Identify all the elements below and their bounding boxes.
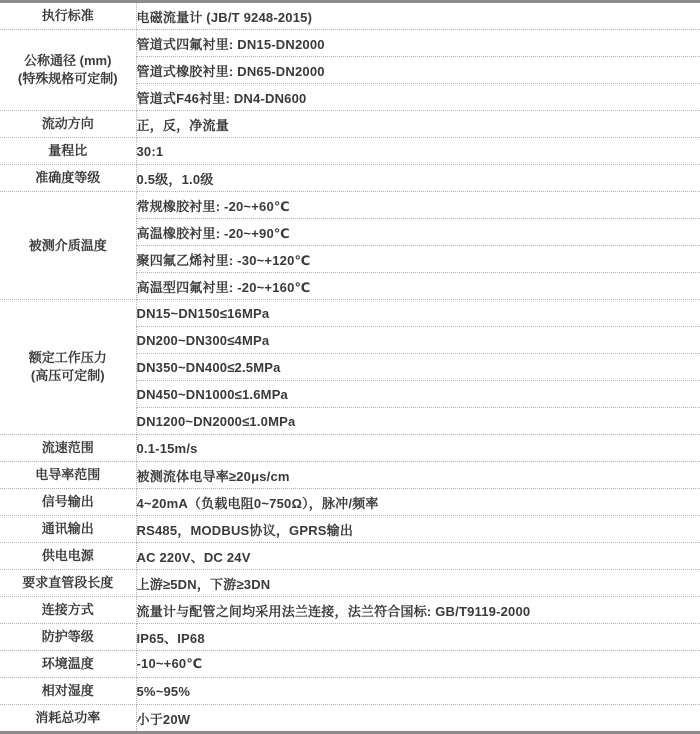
spec-row-value: 30:1 bbox=[136, 138, 700, 165]
table-row: 连接方式 流量计与配管之间均采用法兰连接，法兰符合国标: GB/T9119-20… bbox=[0, 597, 700, 624]
spec-row-label: 流动方向 bbox=[0, 111, 136, 138]
table-row: 额定工作压力 (高压可定制) DN15~DN150≤16MPa bbox=[0, 300, 700, 327]
spec-row-value: DN1200~DN2000≤1.0MPa bbox=[136, 408, 700, 435]
spec-row-value: DN450~DN1000≤1.6MPa bbox=[136, 381, 700, 408]
spec-row-label: 公称通径 (mm) (特殊规格可定制) bbox=[0, 30, 136, 111]
spec-row-value: DN15~DN150≤16MPa bbox=[136, 300, 700, 327]
spec-row-label: 准确度等级 bbox=[0, 165, 136, 192]
spec-row-value: 高温型四氟衬里: -20~+160℃ bbox=[136, 273, 700, 300]
spec-row-value: 流量计与配管之间均采用法兰连接，法兰符合国标: GB/T9119-2000 bbox=[136, 597, 700, 624]
table-row: 流速范围 0.1-15m/s bbox=[0, 435, 700, 462]
spec-row-value: 常规橡胶衬里: -20~+60℃ bbox=[136, 192, 700, 219]
spec-row-label: 流速范围 bbox=[0, 435, 136, 462]
spec-row-value: DN350~DN400≤2.5MPa bbox=[136, 354, 700, 381]
spec-row-label: 防护等级 bbox=[0, 624, 136, 651]
table-row: 流动方向 正，反，净流量 bbox=[0, 111, 700, 138]
spec-row-label: 执行标准 bbox=[0, 2, 136, 30]
table-row: 消耗总功率 小于20W bbox=[0, 705, 700, 733]
table-row: 执行标准 电磁流量计 (JB/T 9248-2015) bbox=[0, 2, 700, 30]
table-row: 电导率范围 被测流体电导率≥20μs/cm bbox=[0, 462, 700, 489]
spec-row-value: 0.5级，1.0级 bbox=[136, 165, 700, 192]
table-row: 被测介质温度 常规橡胶衬里: -20~+60℃ bbox=[0, 192, 700, 219]
spec-row-value: 聚四氟乙烯衬里: -30~+120℃ bbox=[136, 246, 700, 273]
table-row: 信号输出 4~20mA（负载电阻0~750Ω），脉冲/频率 bbox=[0, 489, 700, 516]
spec-table: 执行标准 电磁流量计 (JB/T 9248-2015) 公称通径 (mm) (特… bbox=[0, 0, 700, 734]
spec-row-value: 0.1-15m/s bbox=[136, 435, 700, 462]
table-row: 公称通径 (mm) (特殊规格可定制) 管道式四氟衬里: DN15-DN2000 bbox=[0, 30, 700, 57]
spec-row-value: 管道式橡胶衬里: DN65-DN2000 bbox=[136, 57, 700, 84]
spec-row-label: 连接方式 bbox=[0, 597, 136, 624]
spec-row-label: 信号输出 bbox=[0, 489, 136, 516]
spec-row-value: 正，反，净流量 bbox=[136, 111, 700, 138]
spec-row-value: 5%~95% bbox=[136, 678, 700, 705]
spec-row-label: 通讯输出 bbox=[0, 516, 136, 543]
spec-row-label: 量程比 bbox=[0, 138, 136, 165]
spec-row-label: 消耗总功率 bbox=[0, 705, 136, 733]
table-row: 要求直管段长度 上游≥5DN，下游≥3DN bbox=[0, 570, 700, 597]
spec-row-value: IP65、IP68 bbox=[136, 624, 700, 651]
spec-row-value: DN200~DN300≤4MPa bbox=[136, 327, 700, 354]
spec-row-value: 管道式F46衬里: DN4-DN600 bbox=[136, 84, 700, 111]
spec-row-value: 被测流体电导率≥20μs/cm bbox=[136, 462, 700, 489]
spec-row-label: 电导率范围 bbox=[0, 462, 136, 489]
spec-row-label: 额定工作压力 (高压可定制) bbox=[0, 300, 136, 435]
spec-row-value: AC 220V、DC 24V bbox=[136, 543, 700, 570]
spec-row-value: -10~+60℃ bbox=[136, 651, 700, 678]
table-row: 防护等级 IP65、IP68 bbox=[0, 624, 700, 651]
spec-row-label: 环境温度 bbox=[0, 651, 136, 678]
table-row: 相对湿度 5%~95% bbox=[0, 678, 700, 705]
spec-sheet: 执行标准 电磁流量计 (JB/T 9248-2015) 公称通径 (mm) (特… bbox=[0, 0, 700, 734]
spec-row-label: 供电电源 bbox=[0, 543, 136, 570]
spec-row-value: RS485，MODBUS协议，GPRS输出 bbox=[136, 516, 700, 543]
spec-row-value: 小于20W bbox=[136, 705, 700, 733]
spec-row-value: 电磁流量计 (JB/T 9248-2015) bbox=[136, 2, 700, 30]
spec-row-label: 被测介质温度 bbox=[0, 192, 136, 300]
spec-row-value: 管道式四氟衬里: DN15-DN2000 bbox=[136, 30, 700, 57]
table-row: 量程比 30:1 bbox=[0, 138, 700, 165]
table-row: 通讯输出 RS485，MODBUS协议，GPRS输出 bbox=[0, 516, 700, 543]
table-row: 环境温度 -10~+60℃ bbox=[0, 651, 700, 678]
spec-row-value: 上游≥5DN，下游≥3DN bbox=[136, 570, 700, 597]
spec-row-value: 4~20mA（负载电阻0~750Ω），脉冲/频率 bbox=[136, 489, 700, 516]
spec-row-label: 相对湿度 bbox=[0, 678, 136, 705]
spec-row-value: 高温橡胶衬里: -20~+90℃ bbox=[136, 219, 700, 246]
table-row: 供电电源 AC 220V、DC 24V bbox=[0, 543, 700, 570]
spec-row-label: 要求直管段长度 bbox=[0, 570, 136, 597]
table-row: 准确度等级 0.5级，1.0级 bbox=[0, 165, 700, 192]
